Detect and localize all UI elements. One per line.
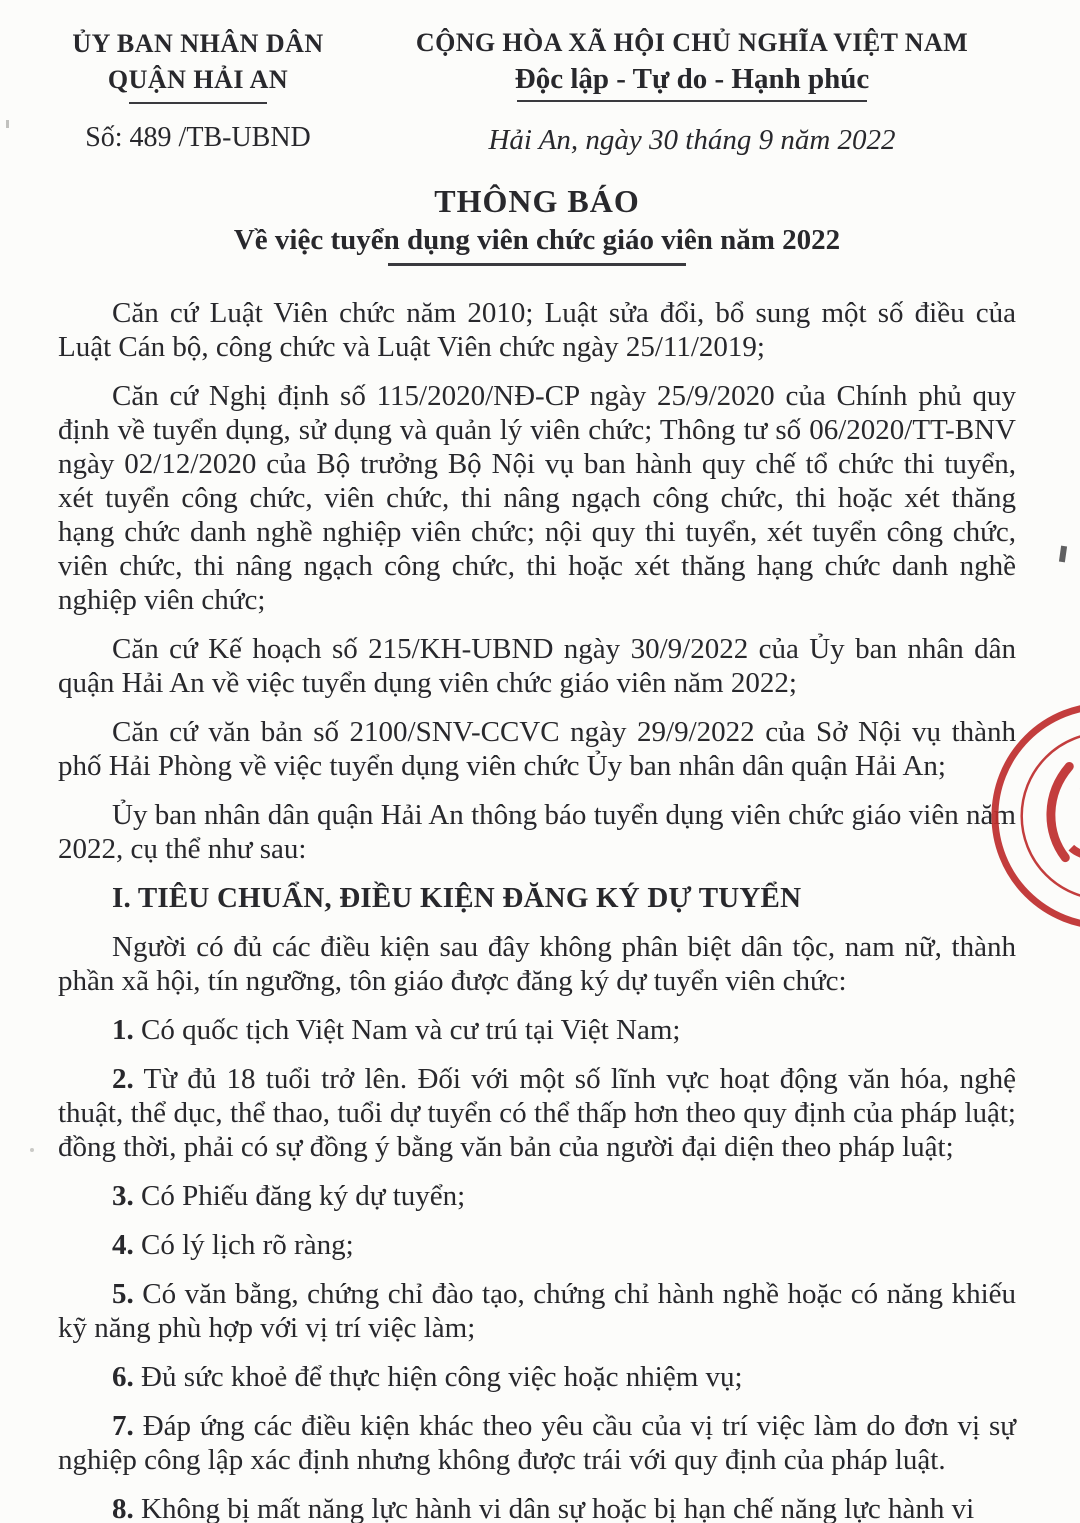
announcement-paragraph: Ủy ban nhân dân quận Hải An thông báo tu… [58,798,1016,866]
item-text: Đáp ứng các điều kiện khác theo yêu cầu … [58,1410,1016,1476]
condition-item: 7. Đáp ứng các điều kiện khác theo yêu c… [58,1409,1016,1477]
legal-basis-paragraph: Căn cứ văn bản số 2100/SNV-CCVC ngày 29/… [58,715,1016,783]
issuer-block: ỦY BAN NHÂN DÂN QUẬN HẢI AN Số: 489 /TB-… [58,26,338,154]
legal-basis-paragraph: Căn cứ Nghị định số 115/2020/NĐ-CP ngày … [58,379,1016,617]
item-number: 3. [112,1180,134,1212]
item-number: 6. [112,1361,134,1393]
document-title: THÔNG BÁO [58,183,1016,219]
republic-name: CỘNG HÒA XÃ HỘI CHỦ NGHĨA VIỆT NAM [368,26,1016,60]
condition-item: 4. Có lý lịch rõ ràng; [58,1228,1016,1262]
item-text: Từ đủ 18 tuổi trở lên. Đối với một số lĩ… [58,1063,1016,1163]
document-subtitle: Về việc tuyển dụng viên chức giáo viên n… [58,222,1016,258]
item-number: 8. [112,1493,134,1523]
document-title-block: THÔNG BÁO Về việc tuyển dụng viên chức g… [58,183,1016,266]
motto-underline [517,100,867,102]
item-text: Không bị mất năng lực hành vi dân sự hoặ… [141,1493,974,1523]
item-text: Có văn bằng, chứng chỉ đào tạo, chứng ch… [58,1278,1016,1344]
item-text: Có lý lịch rõ ràng; [141,1229,354,1261]
condition-item: 8. Không bị mất năng lực hành vi dân sự … [58,1492,1016,1523]
legal-basis-paragraph: Căn cứ Luật Viên chức năm 2010; Luật sửa… [58,296,1016,364]
legal-basis-paragraph: Căn cứ Kế hoạch số 215/KH-UBND ngày 30/9… [58,632,1016,700]
document-header: ỦY BAN NHÂN DÂN QUẬN HẢI AN Số: 489 /TB-… [58,26,1016,157]
section-1-heading: I. TIÊU CHUẨN, ĐIỀU KIỆN ĐĂNG KÝ DỰ TUYỂ… [58,881,1016,915]
title-underline [388,263,686,266]
document-content: ỦY BAN NHÂN DÂN QUẬN HẢI AN Số: 489 /TB-… [0,0,1080,1523]
item-number: 1. [112,1014,134,1046]
issuer-name-line1: ỦY BAN NHÂN DÂN [58,26,338,62]
condition-item: 5. Có văn bằng, chứng chỉ đào tạo, chứng… [58,1277,1016,1345]
issuer-underline [129,102,267,104]
scan-artifact [30,1148,34,1152]
item-number: 2. [112,1063,134,1095]
scanned-document-page: ỦY BAN NHÂN DÂN QUẬN HẢI AN Số: 489 /TB-… [0,0,1080,1523]
national-motto-block: CỘNG HÒA XÃ HỘI CHỦ NGHĨA VIỆT NAM Độc l… [338,26,1016,157]
condition-item: 1. Có quốc tịch Việt Nam và cư trú tại V… [58,1013,1016,1047]
scan-artifact [6,120,9,128]
item-text: Có quốc tịch Việt Nam và cư trú tại Việt… [141,1014,681,1046]
document-number: Số: 489 /TB-UBND [58,122,338,154]
condition-item: 2. Từ đủ 18 tuổi trở lên. Đối với một số… [58,1062,1016,1164]
section-1-intro: Người có đủ các điều kiện sau đây không … [58,930,1016,998]
item-number: 4. [112,1229,134,1261]
item-number: 7. [112,1410,134,1442]
item-text: Đủ sức khoẻ để thực hiện công việc hoặc … [141,1361,743,1393]
condition-item: 6. Đủ sức khoẻ để thực hiện công việc ho… [58,1360,1016,1394]
item-text: Có Phiếu đăng ký dự tuyển; [141,1180,465,1212]
national-motto: Độc lập - Tự do - Hạnh phúc [368,60,1016,98]
place-date-line: Hải An, ngày 30 tháng 9 năm 2022 [368,124,1016,157]
condition-item: 3. Có Phiếu đăng ký dự tuyển; [58,1179,1016,1213]
document-body: Căn cứ Luật Viên chức năm 2010; Luật sửa… [58,296,1016,1523]
issuer-name-line2: QUẬN HẢI AN [58,62,338,98]
item-number: 5. [112,1278,134,1310]
